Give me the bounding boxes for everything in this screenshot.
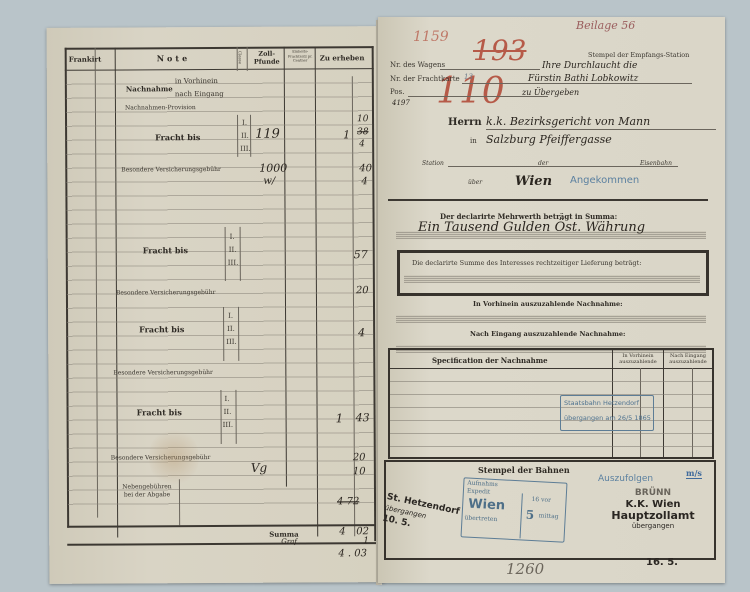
row-rules <box>66 69 374 511</box>
station-label: Station <box>422 160 444 167</box>
class-ii: II. <box>224 408 232 416</box>
field-rule <box>486 129 716 130</box>
sender-line-1: Ihre Durchlaucht die <box>542 61 637 71</box>
versicherung-note: w/ <box>263 176 275 187</box>
pos-label: Pos. <box>390 88 404 96</box>
header-zu-erheben: Zu erheben <box>320 53 365 62</box>
red-number-1159: 1159 <box>413 29 449 45</box>
der-label: der <box>538 160 548 167</box>
auszufolgen-stamp: Auszufolgen <box>598 474 653 484</box>
sender-line-2: Fürstin Bathi Lobkowitz <box>528 74 638 84</box>
stamp-line: 16 vor <box>531 496 551 504</box>
shaded-band <box>404 275 700 283</box>
class-iii: III. <box>226 338 237 346</box>
header-note: Note <box>157 53 190 63</box>
header-classe: Classe <box>238 51 243 64</box>
ueber-label: über <box>468 179 482 186</box>
struck-total: 4 72 <box>337 496 359 507</box>
wien-blue-stamp: Aufnahms Expedit Wien übertreten 16 vor … <box>461 477 568 542</box>
interest-box-label: Die declarirte Summe des Interesses rech… <box>412 259 641 267</box>
zoll-pfunde-value: 119 <box>255 127 280 142</box>
eisenbahn-label: Eisenbahn <box>640 160 672 167</box>
class-i: I. <box>224 395 229 403</box>
herrn-label: Herrn <box>448 117 482 128</box>
left-margin-note: 4197 <box>392 99 410 107</box>
amount-minor: 4 <box>358 326 365 339</box>
versicherung-minor: 40 <box>359 163 372 174</box>
stamp-divider <box>520 493 523 538</box>
class-ii: II. <box>227 325 235 333</box>
class-ii: II. <box>241 132 249 140</box>
stamp-line: übergangen am 26/5 1865 <box>564 414 651 422</box>
summa-extra: 1 <box>363 536 369 546</box>
fracht-bis-label: Fracht bis <box>143 245 188 255</box>
stempel-bahnen-title: Stempel der Bahnen <box>478 465 570 475</box>
specification-col2: Nach Eingang auszuzahlende <box>664 353 712 365</box>
header-zoll-pfunde: Zoll-Pfunde <box>250 50 284 66</box>
in-vorhinein-label: in Vorhinein <box>175 77 218 85</box>
class-i: I. <box>228 312 233 320</box>
specification-table: Specification der Nachnahme In Vorhinein… <box>388 348 714 459</box>
stamp-line: Staatsbahn Hetzendorf <box>564 399 639 407</box>
date-stamp: 16. 5. <box>646 557 678 568</box>
class-i: I. <box>242 119 247 127</box>
class-i: I. <box>230 233 235 241</box>
versicherung-minor: 10 <box>353 466 366 477</box>
nr-frachtkarte-label: Nr. der Frachtkarte <box>390 75 460 83</box>
stamp-line: 5 <box>525 508 534 522</box>
nach-eingang-label: nach Eingang <box>175 90 224 98</box>
stamp-line: übergangen <box>598 521 708 532</box>
amount-minor: 57 <box>354 248 368 261</box>
fracht-bis-label: Fracht bis <box>155 132 200 142</box>
summa-rule <box>67 524 376 528</box>
table-bottom-border <box>67 542 376 546</box>
red-number-193: 193 <box>473 34 526 67</box>
stamp-line: Expedit <box>467 488 491 496</box>
ueber-value: Wien <box>515 174 552 189</box>
class-iii: III. <box>223 421 234 429</box>
amount-minor: 43 <box>356 411 370 424</box>
specification-title: Specification der Nachnahme <box>432 356 548 365</box>
summa-major: 4 <box>339 526 345 537</box>
fracht-bis-label: Fracht bis <box>139 324 184 334</box>
herrn-value: k.k. Bezirksgericht von Mann <box>486 115 650 128</box>
wien-hauptzollamt-stamp: BRÜNN K.K. Wien Hauptzollamt übergangen <box>598 488 708 532</box>
table-top-border <box>65 46 374 50</box>
stamp-line: mittag <box>539 512 559 520</box>
stempel-bahnen-box: Stempel der Bahnen St. Hetzendorf überga… <box>384 460 716 560</box>
specification-col1: In Vorhinein auszuzahlende <box>613 353 663 365</box>
declared-value-text: Ein Tausend Gulden Öst. Währung <box>418 220 645 235</box>
spec-row-rules <box>390 369 712 457</box>
class-rule <box>250 115 251 157</box>
corner-note: Beilage 56 <box>576 19 635 32</box>
amount-minor: 4 <box>359 139 365 149</box>
versicherung-value: 1000 <box>259 162 287 175</box>
nachnahmen-provision-label: Nachnahmen-Provision <box>125 104 196 111</box>
vorhinein-nachnahme-label: In Vorhinein auszuzahlende Nachnahme: <box>473 300 623 308</box>
stain <box>149 427 199 487</box>
sender-line-3: zu Übergeben <box>522 88 579 97</box>
hetzendorf-stamp: St. Hetzendorf übergangen 10. 5. <box>381 492 460 540</box>
frachtkarte-value: 13 <box>464 73 473 81</box>
stamp-line: übertreten <box>464 514 497 523</box>
eingang-nachnahme-label: Nach Eingang auszuzahlende Nachnahme: <box>470 330 625 338</box>
versicherung-minor: 20 <box>353 452 366 463</box>
fracht-bis-label: Fracht bis <box>137 407 182 417</box>
versicherung-label: Besondere Versicherungsgebühr <box>116 289 216 297</box>
interest-box: Die declarirte Summe des Interesses rech… <box>397 250 709 296</box>
amount-major: 1 <box>336 411 344 425</box>
fraction-mark: m/s <box>686 468 702 479</box>
class-iii: III. <box>240 145 251 153</box>
section-rule <box>388 199 708 201</box>
stamp-line: Hauptzollamt <box>598 510 708 521</box>
stamp-line: Wien <box>468 497 506 514</box>
shaded-band <box>396 315 706 323</box>
amount-major: 1 <box>343 128 350 141</box>
versicherung-value: Vg <box>251 461 267 475</box>
header-frankirt: Frankirt <box>69 55 102 64</box>
bottom-note: 1260 <box>506 560 544 578</box>
hetzendorf-blue-stamp: Staatsbahn Hetzendorf übergangen am 26/5… <box>560 395 654 431</box>
class-iii: III. <box>228 259 239 267</box>
final-total: 4 . 03 <box>338 548 367 559</box>
versicherung-label: Besondere Versicherungsgebühr <box>113 369 213 377</box>
left-page: Frankirt Note Classe Zoll-Pfunde Einheit… <box>47 26 385 584</box>
amount-minor-struck: 38 <box>357 127 369 137</box>
amount-minor: 10 <box>357 114 369 124</box>
stempel-empfangs-label: Stempel der Empfangs-Station <box>588 51 689 59</box>
class-ii: II. <box>229 246 237 254</box>
field-rule <box>440 69 540 70</box>
in-label: in <box>470 137 477 145</box>
nr-wagens-label: Nr. des Wagens <box>390 61 445 69</box>
summa-signature: Graf <box>281 538 297 546</box>
nachnahme-label: Nachnahme <box>126 84 173 93</box>
header-einheits-frachtsatz: Einheits-Frachtsatz pr. Centner <box>286 49 315 63</box>
column-rule <box>247 47 248 71</box>
class-rule <box>237 115 238 157</box>
versicherung-minor: 20 <box>356 285 369 296</box>
stamp-line: BRÜNN <box>598 488 708 499</box>
in-value: Salzburg Pfeiffergasse <box>486 133 612 146</box>
versicherung-minor: 4 <box>361 176 367 187</box>
versicherung-label: Besondere Versicherungsgebühr <box>121 166 221 174</box>
angekommen-stamp: Angekommen <box>570 175 639 186</box>
right-page: Beilage 56 1159 193 110 Stempel der Empf… <box>378 17 725 583</box>
